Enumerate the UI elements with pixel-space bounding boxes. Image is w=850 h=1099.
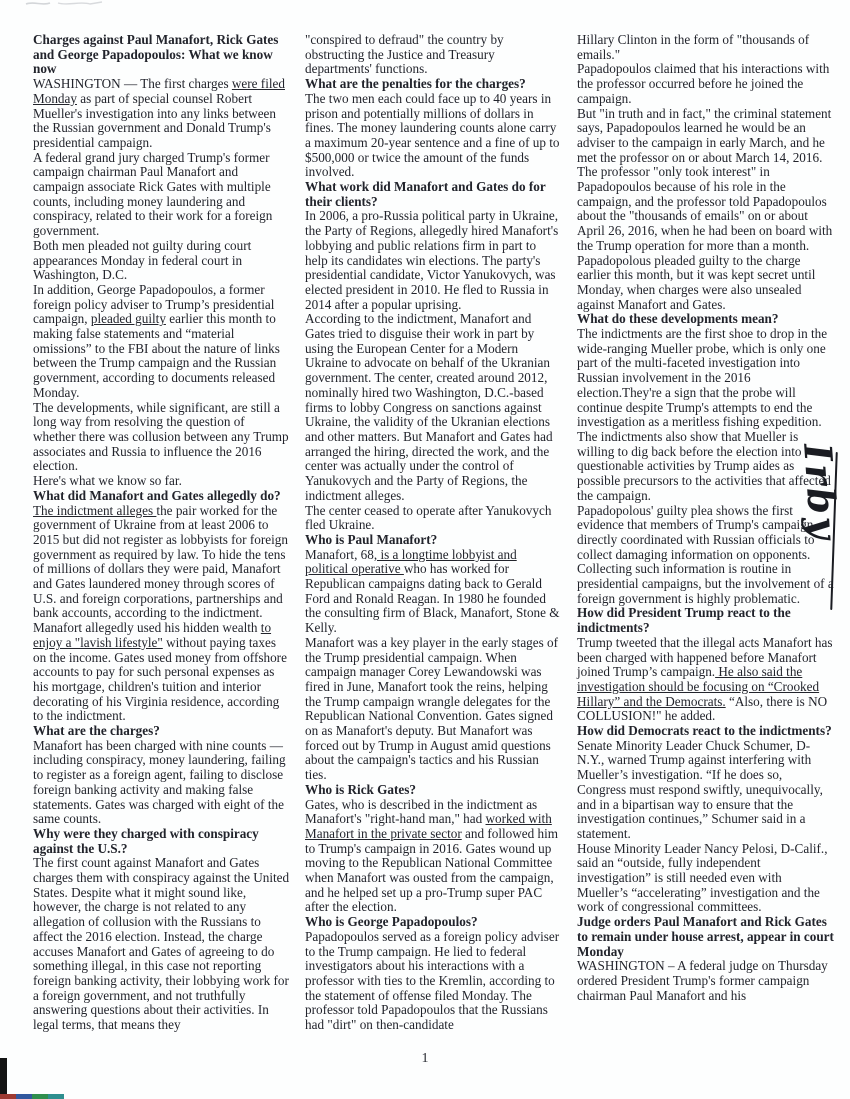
body-text: Papadopolous' guilty plea shows the firs… (577, 503, 834, 606)
paragraph: Papadopolous pleaded guilty to the charg… (577, 254, 834, 313)
section-heading: Judge orders Paul Manafort and Rick Gate… (577, 915, 834, 959)
paragraph: The developments, while significant, are… (33, 401, 290, 475)
paragraph: Trump tweeted that the illegal acts Mana… (577, 636, 834, 724)
body-text: Papadopoulos served as a foreign policy … (305, 929, 559, 1032)
scan-color-segment (48, 1094, 64, 1099)
body-text: But "in truth and in fact," the criminal… (577, 106, 832, 253)
paragraph: In addition, George Papadopoulos, a form… (33, 283, 290, 401)
paragraph: Manafort was a key player in the early s… (305, 636, 562, 783)
page-number: 1 (0, 1051, 850, 1067)
scan-color-strip-artifact (0, 1094, 64, 1099)
section-heading: Who is Paul Manafort? (305, 533, 562, 548)
body-text: Manafort was a key player in the early s… (305, 635, 558, 782)
body-text: Papadopolous pleaded guilty to the charg… (577, 253, 815, 312)
paragraph: Manafort has been charged with nine coun… (33, 739, 290, 827)
section-heading: What are the penalties for the charges? (305, 77, 562, 92)
paragraph: Manafort, 68, is a longtime lobbyist and… (305, 548, 562, 636)
body-text: Who is George Papadopoulos? (305, 914, 478, 929)
body-text: Who is Paul Manafort? (305, 532, 437, 547)
body-text: Judge orders Paul Manafort and Rick Gate… (577, 914, 834, 958)
body-text: Manafort has been charged with nine coun… (33, 738, 286, 827)
paragraph: Papadopoulos served as a foreign policy … (305, 930, 562, 1033)
paragraph: WASHINGTON — The first charges were file… (33, 77, 290, 151)
body-text: The developments, while significant, are… (33, 400, 289, 474)
paragraph: The indictments also show that Mueller i… (577, 430, 834, 504)
body-text: What work did Manafort and Gates do for … (305, 179, 545, 209)
body-text: The center ceased to operate after Yanuk… (305, 503, 551, 533)
pencil-mark-artifact (24, 0, 104, 10)
body-text: the pair worked for the government of Uk… (33, 503, 288, 636)
paragraph: Here's what we know so far. (33, 474, 290, 489)
underlined-text: The indictment alleges (33, 503, 156, 518)
body-text: The first count against Manafort and Gat… (33, 855, 289, 1032)
body-text: Senate Minority Leader Chuck Schumer, D-… (577, 738, 823, 841)
body-text: Here's what we know so far. (33, 473, 182, 488)
section-heading: How did President Trump react to the ind… (577, 606, 834, 635)
paragraph: Papadopoulos claimed that his interactio… (577, 62, 834, 106)
scan-color-segment (32, 1094, 48, 1099)
paragraph: The indictments are the first shoe to dr… (577, 327, 834, 430)
body-text: House Minority Leader Nancy Pelosi, D-Ca… (577, 841, 828, 915)
section-heading: Why were they charged with conspiracy ag… (33, 827, 290, 856)
body-text: What did Manafort and Gates allegedly do… (33, 488, 281, 503)
body-text: The indictments also show that Mueller i… (577, 429, 831, 503)
body-text: How did Democrats react to the indictmen… (577, 723, 832, 738)
section-heading: What do these developments mean? (577, 312, 834, 327)
section-heading: Who is George Papadopoulos? (305, 915, 562, 930)
paragraph: The center ceased to operate after Yanuk… (305, 504, 562, 533)
body-text: WASHINGTON – A federal judge on Thursday… (577, 958, 828, 1002)
body-text: Papadopoulos claimed that his interactio… (577, 61, 829, 105)
paragraph: "conspired to defraud" the country by ob… (305, 33, 562, 77)
body-text: What are the charges? (33, 723, 160, 738)
paragraph: A federal grand jury charged Trump's for… (33, 151, 290, 239)
article-column-3: Hillary Clinton in the form of "thousand… (577, 33, 834, 1033)
body-text: Manafort, 68 (305, 547, 374, 562)
paragraph: According to the indictment, Manafort an… (305, 312, 562, 503)
body-text: What do these developments mean? (577, 311, 778, 326)
body-text: According to the indictment, Manafort an… (305, 311, 553, 502)
underlined-text: pleaded guilty (91, 311, 166, 326)
handwritten-annotation: Irby (795, 442, 847, 543)
paragraph: House Minority Leader Nancy Pelosi, D-Ca… (577, 842, 834, 916)
paragraph: Both men pleaded not guilty during court… (33, 239, 290, 283)
paragraph: Hillary Clinton in the form of "thousand… (577, 33, 834, 62)
body-text: How did President Trump react to the ind… (577, 605, 791, 635)
paragraph: Senate Minority Leader Chuck Schumer, D-… (577, 739, 834, 842)
paragraph: WASHINGTON – A federal judge on Thursday… (577, 959, 834, 1003)
document-page: Charges against Paul Manafort, Rick Gate… (0, 0, 850, 1099)
section-heading: What are the charges? (33, 724, 290, 739)
paragraph: In 2006, a pro-Russia political party in… (305, 209, 562, 312)
paragraph: Papadopolous' guilty plea shows the firs… (577, 504, 834, 607)
paragraph: The indictment alleges the pair worked f… (33, 504, 290, 725)
section-heading: What did Manafort and Gates allegedly do… (33, 489, 290, 504)
body-text: "conspired to defraud" the country by ob… (305, 32, 504, 76)
section-heading: What work did Manafort and Gates do for … (305, 180, 562, 209)
section-heading: Charges against Paul Manafort, Rick Gate… (33, 33, 290, 77)
article-column-2: "conspired to defraud" the country by ob… (305, 33, 562, 1033)
section-heading: Who is Rick Gates? (305, 783, 562, 798)
scan-color-segment (16, 1094, 32, 1099)
paragraph: The first count against Manafort and Gat… (33, 856, 290, 1032)
scan-color-segment (0, 1094, 16, 1099)
section-heading: How did Democrats react to the indictmen… (577, 724, 834, 739)
body-text: WASHINGTON — The first charges (33, 76, 232, 91)
body-text: The two men each could face up to 40 yea… (305, 91, 560, 180)
body-text: Charges against Paul Manafort, Rick Gate… (33, 32, 278, 76)
body-text: The indictments are the first shoe to dr… (577, 326, 827, 429)
scan-edge-artifact (0, 1058, 7, 1094)
body-text: Both men pleaded not guilty during court… (33, 238, 251, 282)
paragraph: The two men each could face up to 40 yea… (305, 92, 562, 180)
body-text: A federal grand jury charged Trump's for… (33, 150, 272, 239)
body-text: What are the penalties for the charges? (305, 76, 526, 91)
body-text: Hillary Clinton in the form of "thousand… (577, 32, 809, 62)
paragraph: Gates, who is described in the indictmen… (305, 798, 562, 916)
article-column-1: Charges against Paul Manafort, Rick Gate… (33, 33, 290, 1033)
body-text: Why were they charged with conspiracy ag… (33, 826, 259, 856)
body-text: Who is Rick Gates? (305, 782, 416, 797)
body-text: In 2006, a pro-Russia political party in… (305, 208, 558, 311)
paragraph: But "in truth and in fact," the criminal… (577, 107, 834, 254)
article-columns: Charges against Paul Manafort, Rick Gate… (33, 33, 834, 1033)
